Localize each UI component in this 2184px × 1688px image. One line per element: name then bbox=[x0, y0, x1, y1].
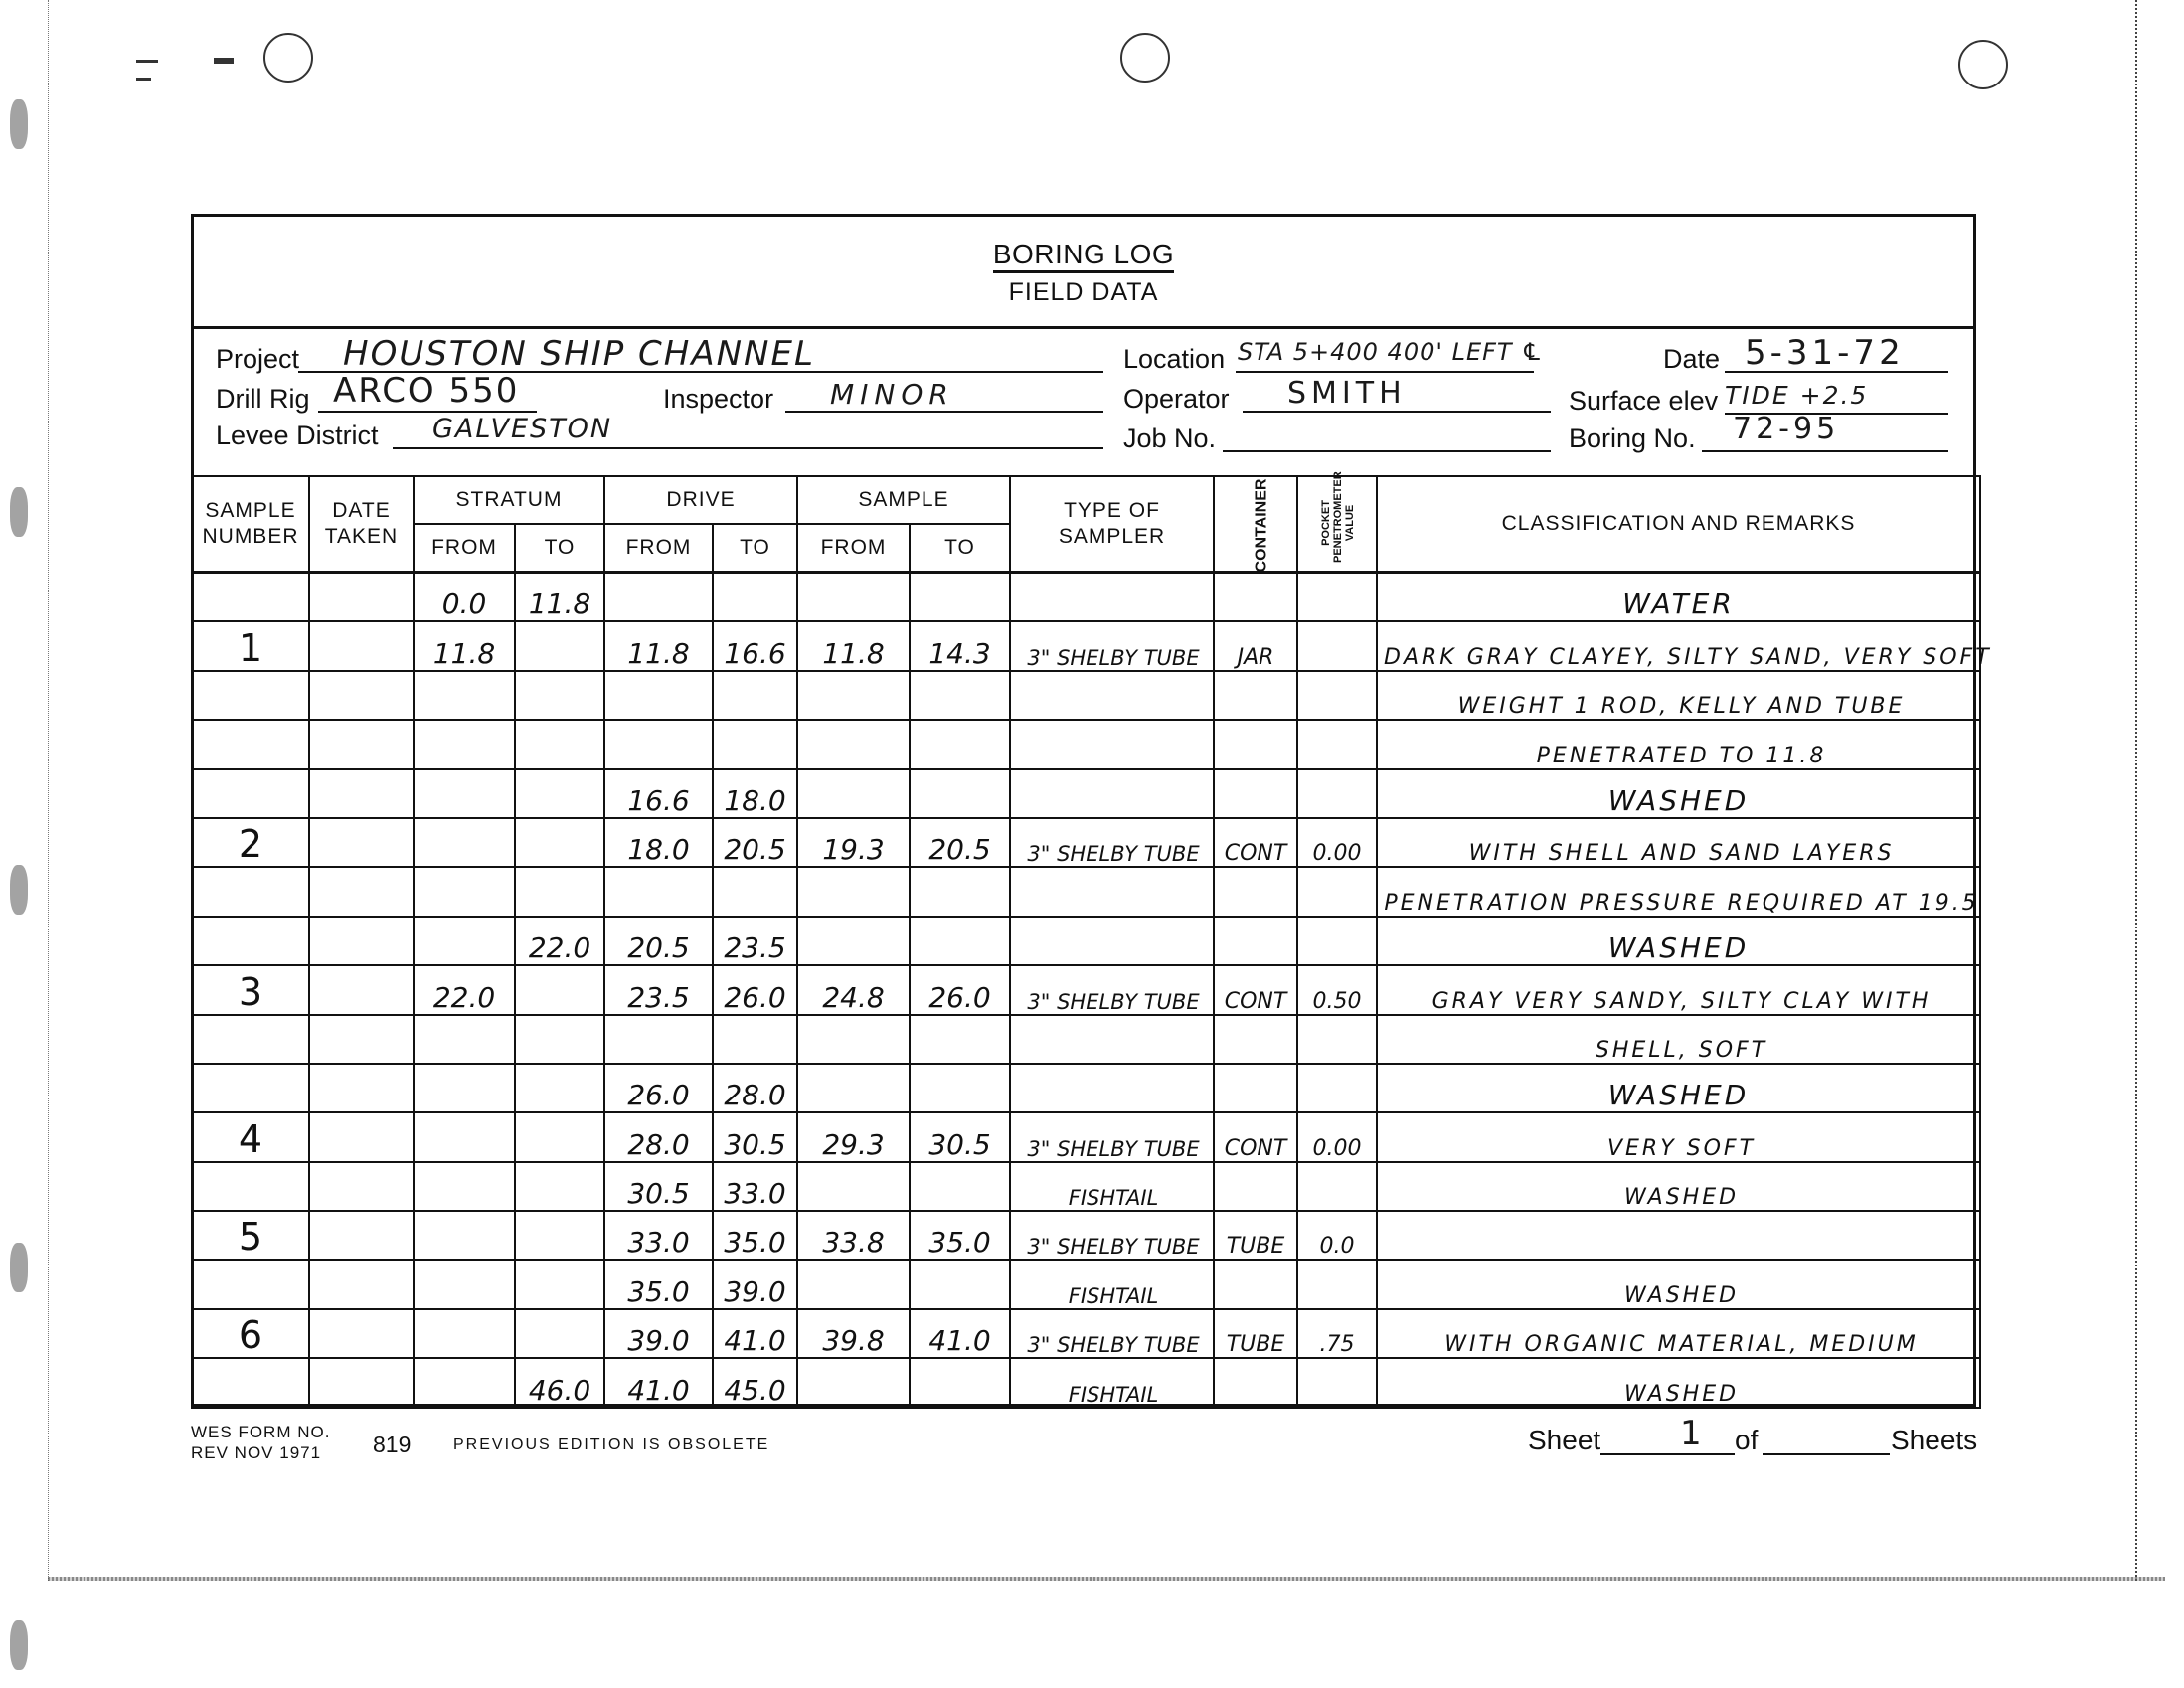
drive-to-cell[interactable]: 23.5 bbox=[713, 917, 797, 965]
project-label: Project bbox=[216, 344, 299, 375]
date-label: Date bbox=[1663, 344, 1720, 375]
drive-to-cell[interactable] bbox=[713, 720, 797, 768]
table-row: 533.035.033.835.03" SHELBY TUBETUBE0.0 bbox=[192, 1211, 1980, 1260]
drive-to-cell[interactable]: 41.0 bbox=[713, 1309, 797, 1358]
drive-from-cell[interactable]: 41.0 bbox=[604, 1358, 713, 1407]
sample-number-cell[interactable] bbox=[192, 573, 309, 622]
stratum-from-cell[interactable] bbox=[414, 769, 515, 818]
date-taken-cell[interactable] bbox=[309, 1358, 414, 1407]
sample-number-cell[interactable]: 3 bbox=[192, 965, 309, 1014]
page-edge-left bbox=[48, 0, 49, 1581]
container-cell[interactable]: TUBE bbox=[1214, 1211, 1297, 1260]
drive-from-cell[interactable]: 30.5 bbox=[604, 1162, 713, 1211]
penetrometer-value-cell[interactable] bbox=[1297, 720, 1377, 768]
sample-to-cell[interactable] bbox=[910, 1358, 1010, 1407]
stratum-from-cell[interactable] bbox=[414, 917, 515, 965]
col-container: CONTAINER bbox=[1214, 476, 1297, 573]
container-cell[interactable] bbox=[1214, 671, 1297, 720]
sample-number-cell[interactable] bbox=[192, 1162, 309, 1211]
location-field[interactable]: STA 5+400 400' LEFT ℄ bbox=[1238, 338, 1544, 366]
date-taken-cell[interactable] bbox=[309, 1015, 414, 1064]
drive-to-cell[interactable]: 30.5 bbox=[713, 1112, 797, 1161]
scan-smudge bbox=[10, 865, 28, 915]
col-drive: DRIVE bbox=[604, 476, 797, 524]
drive-from-cell[interactable]: 39.0 bbox=[604, 1309, 713, 1358]
sample-to-cell[interactable] bbox=[910, 720, 1010, 768]
sample-to-cell[interactable] bbox=[910, 1162, 1010, 1211]
penetrometer-value-cell[interactable] bbox=[1297, 1015, 1377, 1064]
sample-from-cell[interactable]: 33.8 bbox=[797, 1211, 910, 1260]
job-no-label: Job No. bbox=[1123, 423, 1216, 454]
sample-to-cell[interactable] bbox=[910, 573, 1010, 622]
sample-from-cell[interactable] bbox=[797, 1260, 910, 1308]
penetrometer-value-cell[interactable]: 0.50 bbox=[1297, 965, 1377, 1014]
stratum-to-cell[interactable] bbox=[515, 1211, 604, 1260]
date-taken-cell[interactable] bbox=[309, 671, 414, 720]
col-stratum-from: FROM bbox=[414, 524, 515, 573]
date-taken-cell[interactable] bbox=[309, 769, 414, 818]
sheet-label: Sheet bbox=[1528, 1425, 1600, 1456]
remarks-cell[interactable]: WITH ORGANIC MATERIAL, MEDIUM bbox=[1377, 1309, 1980, 1358]
container-cell[interactable]: JAR bbox=[1214, 621, 1297, 670]
sample-number-cell[interactable]: 2 bbox=[192, 818, 309, 867]
drive-from-cell[interactable] bbox=[604, 671, 713, 720]
container-cell[interactable] bbox=[1214, 1260, 1297, 1308]
penetrometer-value-cell[interactable] bbox=[1297, 1260, 1377, 1308]
table-row: 46.041.045.0FISHTAILWASHED bbox=[192, 1358, 1980, 1407]
stratum-from-cell[interactable] bbox=[414, 1162, 515, 1211]
stratum-from-cell[interactable] bbox=[414, 1358, 515, 1407]
container-cell[interactable]: TUBE bbox=[1214, 1309, 1297, 1358]
stratum-from-cell[interactable]: 0.0 bbox=[414, 573, 515, 622]
of-label: of bbox=[1735, 1425, 1758, 1456]
stratum-to-cell[interactable] bbox=[515, 1064, 604, 1112]
remarks-cell[interactable]: WASHED bbox=[1377, 1162, 1980, 1211]
sampler-type-cell[interactable]: FISHTAIL bbox=[1010, 1358, 1214, 1407]
stratum-from-cell[interactable]: 22.0 bbox=[414, 965, 515, 1014]
sample-number-cell[interactable] bbox=[192, 720, 309, 768]
container-cell[interactable] bbox=[1214, 769, 1297, 818]
drive-to-cell[interactable]: 33.0 bbox=[713, 1162, 797, 1211]
sample-number-cell[interactable] bbox=[192, 867, 309, 916]
stratum-from-cell[interactable] bbox=[414, 1015, 515, 1064]
table-row: 16.618.0WASHED bbox=[192, 769, 1980, 818]
drive-from-cell[interactable]: 18.0 bbox=[604, 818, 713, 867]
penetrometer-value-cell[interactable] bbox=[1297, 1162, 1377, 1211]
boring-no-line bbox=[1702, 450, 1948, 452]
stratum-from-cell[interactable] bbox=[414, 1309, 515, 1358]
stratum-to-cell[interactable] bbox=[515, 965, 604, 1014]
sampler-type-cell[interactable]: FISHTAIL bbox=[1010, 1162, 1214, 1211]
remarks-cell[interactable]: WEIGHT 1 ROD, KELLY AND TUBE bbox=[1377, 671, 1980, 720]
container-cell[interactable] bbox=[1214, 917, 1297, 965]
sample-number-cell[interactable] bbox=[192, 1358, 309, 1407]
sample-number-cell[interactable]: 5 bbox=[192, 1211, 309, 1260]
drive-to-cell[interactable] bbox=[713, 867, 797, 916]
sample-number-cell[interactable]: 4 bbox=[192, 1112, 309, 1161]
operator-field[interactable]: SMITH bbox=[1287, 376, 1407, 411]
sample-to-cell[interactable]: 20.5 bbox=[910, 818, 1010, 867]
drive-from-cell[interactable] bbox=[604, 1015, 713, 1064]
obsolete-note: PREVIOUS EDITION IS OBSOLETE bbox=[453, 1436, 769, 1454]
table-body: 0.011.8WATER111.811.816.611.814.33" SHEL… bbox=[192, 573, 1980, 1408]
scan-speck bbox=[136, 60, 158, 63]
sample-from-cell[interactable] bbox=[797, 1064, 910, 1112]
sample-to-cell[interactable] bbox=[910, 671, 1010, 720]
penetrometer-value-cell[interactable]: 0.00 bbox=[1297, 818, 1377, 867]
form-title: BORING LOG bbox=[194, 239, 1973, 270]
sample-to-cell[interactable] bbox=[910, 1015, 1010, 1064]
sample-to-cell[interactable]: 26.0 bbox=[910, 965, 1010, 1014]
remarks-cell[interactable]: WASHED bbox=[1377, 1064, 1980, 1112]
inspector-field[interactable]: MINOR bbox=[830, 378, 954, 411]
scan-speck bbox=[136, 78, 151, 81]
stratum-from-cell[interactable] bbox=[414, 720, 515, 768]
sampler-type-cell[interactable]: 3" SHELBY TUBE bbox=[1010, 818, 1214, 867]
drive-to-cell[interactable]: 28.0 bbox=[713, 1064, 797, 1112]
stratum-to-cell[interactable]: 46.0 bbox=[515, 1358, 604, 1407]
drive-from-cell[interactable]: 11.8 bbox=[604, 621, 713, 670]
penetrometer-value-cell[interactable] bbox=[1297, 769, 1377, 818]
inspector-line bbox=[785, 411, 1103, 413]
date-taken-cell[interactable] bbox=[309, 1211, 414, 1260]
sampler-type-cell[interactable]: 3" SHELBY TUBE bbox=[1010, 1211, 1214, 1260]
penetrometer-value-cell[interactable]: 0.0 bbox=[1297, 1211, 1377, 1260]
inspector-label: Inspector bbox=[663, 384, 773, 415]
sample-number-cell[interactable] bbox=[192, 1260, 309, 1308]
date-taken-cell[interactable] bbox=[309, 917, 414, 965]
sampler-type-cell[interactable]: 3" SHELBY TUBE bbox=[1010, 965, 1214, 1014]
punch-hole-icon bbox=[1120, 33, 1170, 83]
stratum-to-cell[interactable] bbox=[515, 867, 604, 916]
remarks-cell[interactable]: WASHED bbox=[1377, 1260, 1980, 1308]
table-row: PENETRATED TO 11.8 bbox=[192, 720, 1980, 768]
penetrometer-value-cell[interactable]: .75 bbox=[1297, 1309, 1377, 1358]
remarks-cell[interactable]: VERY SOFT bbox=[1377, 1112, 1980, 1161]
sample-number-cell[interactable] bbox=[192, 917, 309, 965]
col-classification: CLASSIFICATION AND REMARKS bbox=[1377, 476, 1980, 573]
form-subtitle: FIELD DATA bbox=[194, 278, 1973, 307]
drive-from-cell[interactable]: 28.0 bbox=[604, 1112, 713, 1161]
drive-to-cell[interactable]: 20.5 bbox=[713, 818, 797, 867]
sample-to-cell[interactable]: 14.3 bbox=[910, 621, 1010, 670]
table-row: SHELL, SOFT bbox=[192, 1015, 1980, 1064]
sample-number-cell[interactable] bbox=[192, 671, 309, 720]
drive-from-cell[interactable]: 35.0 bbox=[604, 1260, 713, 1308]
table-row: 322.023.526.024.826.03" SHELBY TUBECONT0… bbox=[192, 965, 1980, 1014]
date-taken-cell[interactable] bbox=[309, 1309, 414, 1358]
sample-to-cell[interactable] bbox=[910, 1064, 1010, 1112]
scan-smudge bbox=[10, 99, 28, 149]
stratum-to-cell[interactable] bbox=[515, 671, 604, 720]
form-number-block: WES FORM NO. REV NOV 1971 bbox=[191, 1422, 330, 1463]
sampler-type-cell[interactable]: 3" SHELBY TUBE bbox=[1010, 621, 1214, 670]
sampler-type-cell[interactable] bbox=[1010, 917, 1214, 965]
sample-from-cell[interactable] bbox=[797, 917, 910, 965]
sample-from-cell[interactable]: 24.8 bbox=[797, 965, 910, 1014]
stratum-to-cell[interactable]: 11.8 bbox=[515, 573, 604, 622]
container-header: CONTAINER bbox=[1254, 479, 1268, 573]
stratum-from-cell[interactable] bbox=[414, 671, 515, 720]
sample-from-cell[interactable] bbox=[797, 867, 910, 916]
surface-elev-label: Surface elev bbox=[1569, 386, 1718, 417]
drive-to-cell[interactable]: 16.6 bbox=[713, 621, 797, 670]
container-cell[interactable] bbox=[1214, 573, 1297, 622]
sample-from-cell[interactable] bbox=[797, 720, 910, 768]
sample-number-cell[interactable] bbox=[192, 1064, 309, 1112]
table-row: 0.011.8WATER bbox=[192, 573, 1980, 622]
penetrometer-value-cell[interactable] bbox=[1297, 1358, 1377, 1407]
operator-line bbox=[1243, 411, 1551, 413]
table-row: 218.020.519.320.53" SHELBY TUBECONT0.00W… bbox=[192, 818, 1980, 867]
surface-elev-field[interactable]: TIDE +2.5 bbox=[1725, 381, 1868, 410]
stratum-to-cell[interactable] bbox=[515, 1162, 604, 1211]
sheet-line bbox=[1600, 1453, 1735, 1455]
levee-district-line bbox=[393, 447, 1103, 449]
table-row: 639.041.039.841.03" SHELBY TUBETUBE.75WI… bbox=[192, 1309, 1980, 1358]
form-number: 819 bbox=[373, 1432, 411, 1458]
sampler-type-cell[interactable] bbox=[1010, 867, 1214, 916]
scan-smudge bbox=[10, 487, 28, 537]
table-header-row: SAMPLE NUMBER DATE TAKEN STRATUM DRIVE S… bbox=[192, 476, 1980, 524]
sample-number-cell[interactable]: 6 bbox=[192, 1309, 309, 1358]
drive-to-cell[interactable]: 45.0 bbox=[713, 1358, 797, 1407]
table-row: WEIGHT 1 ROD, KELLY AND TUBE bbox=[192, 671, 1980, 720]
col-type-of-sampler: TYPE OF SAMPLER bbox=[1010, 476, 1214, 573]
stratum-to-cell[interactable] bbox=[515, 621, 604, 670]
sampler-type-cell[interactable] bbox=[1010, 1015, 1214, 1064]
remarks-cell[interactable]: GRAY VERY SANDY, SILTY CLAY WITH bbox=[1377, 965, 1980, 1014]
sample-to-cell[interactable]: 30.5 bbox=[910, 1112, 1010, 1161]
table-row: 111.811.816.611.814.33" SHELBY TUBEJARDA… bbox=[192, 621, 1980, 670]
punch-hole-icon bbox=[263, 33, 313, 83]
drive-to-cell[interactable]: 26.0 bbox=[713, 965, 797, 1014]
sample-number-cell[interactable] bbox=[192, 769, 309, 818]
sample-from-cell[interactable]: 19.3 bbox=[797, 818, 910, 867]
container-cell[interactable] bbox=[1214, 1162, 1297, 1211]
location-label: Location bbox=[1123, 344, 1225, 375]
sampler-type-cell[interactable]: FISHTAIL bbox=[1010, 1260, 1214, 1308]
penetrometer-value-cell[interactable] bbox=[1297, 1064, 1377, 1112]
date-taken-cell[interactable] bbox=[309, 1064, 414, 1112]
remarks-cell[interactable]: WITH SHELL AND SAND LAYERS bbox=[1377, 818, 1980, 867]
remarks-cell[interactable]: DARK GRAY CLAYEY, SILTY SAND, VERY SOFT bbox=[1377, 621, 1980, 670]
container-cell[interactable] bbox=[1214, 720, 1297, 768]
sample-number-cell[interactable]: 1 bbox=[192, 621, 309, 670]
col-sample: SAMPLE bbox=[797, 476, 1010, 524]
pocket-penetrometer-header: POCKET PENETROMETER VALUE bbox=[1320, 483, 1356, 563]
drive-from-cell[interactable] bbox=[604, 720, 713, 768]
sample-to-cell[interactable] bbox=[910, 917, 1010, 965]
date-taken-cell[interactable] bbox=[309, 621, 414, 670]
stratum-from-cell[interactable] bbox=[414, 1112, 515, 1161]
col-sample-from: FROM bbox=[797, 524, 910, 573]
sample-to-cell[interactable]: 41.0 bbox=[910, 1309, 1010, 1358]
container-cell[interactable]: CONT bbox=[1214, 965, 1297, 1014]
stratum-from-cell[interactable] bbox=[414, 818, 515, 867]
sample-from-cell[interactable] bbox=[797, 1162, 910, 1211]
stratum-from-cell[interactable] bbox=[414, 867, 515, 916]
sample-to-cell[interactable]: 35.0 bbox=[910, 1211, 1010, 1260]
boring-log-form: BORING LOG FIELD DATA Project HOUSTON SH… bbox=[191, 214, 1976, 1407]
table-row: PENETRATION PRESSURE REQUIRED AT 19.5 bbox=[192, 867, 1980, 916]
sample-from-cell[interactable] bbox=[797, 573, 910, 622]
drive-from-cell[interactable]: 16.6 bbox=[604, 769, 713, 818]
col-drive-from: FROM bbox=[604, 524, 713, 573]
sampler-type-cell[interactable] bbox=[1010, 573, 1214, 622]
sampler-type-cell[interactable] bbox=[1010, 769, 1214, 818]
drive-from-cell[interactable]: 33.0 bbox=[604, 1211, 713, 1260]
remarks-cell[interactable]: SHELL, SOFT bbox=[1377, 1015, 1980, 1064]
date-taken-cell[interactable] bbox=[309, 573, 414, 622]
sample-from-cell[interactable] bbox=[797, 1015, 910, 1064]
stratum-to-cell[interactable] bbox=[515, 720, 604, 768]
remarks-cell[interactable]: PENETRATION PRESSURE REQUIRED AT 19.5 bbox=[1377, 867, 1980, 916]
of-line bbox=[1763, 1453, 1890, 1455]
container-cell[interactable] bbox=[1214, 1015, 1297, 1064]
scan-smudge bbox=[10, 1243, 28, 1292]
remarks-cell[interactable]: WASHED bbox=[1377, 769, 1980, 818]
stratum-to-cell[interactable] bbox=[515, 1309, 604, 1358]
drill-rig-line bbox=[318, 411, 537, 413]
boring-no-field[interactable]: 72-95 bbox=[1733, 412, 1839, 446]
penetrometer-value-cell[interactable] bbox=[1297, 867, 1377, 916]
table-row: 35.039.0FISHTAILWASHED bbox=[192, 1260, 1980, 1308]
stratum-to-cell[interactable] bbox=[515, 818, 604, 867]
levee-district-field[interactable]: GALVESTON bbox=[432, 414, 612, 444]
scan-smudge bbox=[10, 1620, 28, 1670]
sample-to-cell[interactable] bbox=[910, 769, 1010, 818]
drive-to-cell[interactable]: 18.0 bbox=[713, 769, 797, 818]
date-taken-cell[interactable] bbox=[309, 965, 414, 1014]
penetrometer-value-cell[interactable]: 0.00 bbox=[1297, 1112, 1377, 1161]
sampler-type-cell[interactable] bbox=[1010, 1064, 1214, 1112]
table-row: 30.533.0FISHTAILWASHED bbox=[192, 1162, 1980, 1211]
drill-rig-label: Drill Rig bbox=[216, 384, 310, 415]
table-row: 26.028.0WASHED bbox=[192, 1064, 1980, 1112]
table-row: 428.030.529.330.53" SHELBY TUBECONT0.00V… bbox=[192, 1112, 1980, 1161]
boring-log-table: SAMPLE NUMBER DATE TAKEN STRATUM DRIVE S… bbox=[191, 475, 1981, 1409]
stratum-to-cell[interactable] bbox=[515, 769, 604, 818]
col-sample-to: TO bbox=[910, 524, 1010, 573]
sample-from-cell[interactable]: 29.3 bbox=[797, 1112, 910, 1161]
drive-to-cell[interactable] bbox=[713, 1015, 797, 1064]
date-taken-cell[interactable] bbox=[309, 720, 414, 768]
col-sample-number: SAMPLE NUMBER bbox=[192, 476, 309, 573]
sampler-type-cell[interactable]: 3" SHELBY TUBE bbox=[1010, 1309, 1214, 1358]
job-no-line bbox=[1223, 450, 1551, 452]
container-cell[interactable] bbox=[1214, 1064, 1297, 1112]
penetrometer-value-cell[interactable] bbox=[1297, 621, 1377, 670]
drive-to-cell[interactable] bbox=[713, 573, 797, 622]
form-no-label: WES FORM NO. bbox=[191, 1422, 330, 1442]
table-row: 22.020.523.5WASHED bbox=[192, 917, 1980, 965]
container-cell[interactable]: CONT bbox=[1214, 818, 1297, 867]
date-taken-cell[interactable] bbox=[309, 867, 414, 916]
sample-from-cell[interactable] bbox=[797, 1358, 910, 1407]
col-date-taken: DATE TAKEN bbox=[309, 476, 414, 573]
location-line bbox=[1236, 371, 1534, 373]
sample-number-cell[interactable] bbox=[192, 1015, 309, 1064]
container-cell[interactable] bbox=[1214, 867, 1297, 916]
drive-from-cell[interactable] bbox=[604, 867, 713, 916]
remarks-cell[interactable]: WATER bbox=[1377, 573, 1980, 622]
drive-to-cell[interactable] bbox=[713, 671, 797, 720]
penetrometer-value-cell[interactable] bbox=[1297, 671, 1377, 720]
date-taken-cell[interactable] bbox=[309, 1162, 414, 1211]
stratum-from-cell[interactable] bbox=[414, 1260, 515, 1308]
sample-to-cell[interactable] bbox=[910, 867, 1010, 916]
sampler-type-cell[interactable] bbox=[1010, 720, 1214, 768]
drill-rig-field[interactable]: ARCO 550 bbox=[333, 371, 519, 411]
page-edge-right bbox=[2135, 0, 2137, 1581]
stratum-to-cell[interactable]: 22.0 bbox=[515, 917, 604, 965]
project-field[interactable]: HOUSTON SHIP CHANNEL bbox=[343, 334, 815, 374]
stratum-to-cell[interactable] bbox=[515, 1112, 604, 1161]
date-taken-cell[interactable] bbox=[309, 818, 414, 867]
drive-to-cell[interactable]: 39.0 bbox=[713, 1260, 797, 1308]
form-revision: REV NOV 1971 bbox=[191, 1442, 330, 1463]
container-cell[interactable]: CONT bbox=[1214, 1112, 1297, 1161]
punch-hole-icon bbox=[1958, 40, 2008, 89]
remarks-cell[interactable]: PENETRATED TO 11.8 bbox=[1377, 720, 1980, 768]
stratum-to-cell[interactable] bbox=[515, 1015, 604, 1064]
stratum-to-cell[interactable] bbox=[515, 1260, 604, 1308]
sheets-label: Sheets bbox=[1891, 1425, 1977, 1456]
sampler-type-cell[interactable]: 3" SHELBY TUBE bbox=[1010, 1112, 1214, 1161]
col-pocket-penetrometer: POCKET PENETROMETER VALUE bbox=[1297, 476, 1377, 573]
container-cell[interactable] bbox=[1214, 1358, 1297, 1407]
title-block: BORING LOG FIELD DATA bbox=[194, 217, 1973, 329]
sampler-type-cell[interactable] bbox=[1010, 671, 1214, 720]
remarks-cell[interactable]: WASHED bbox=[1377, 917, 1980, 965]
page-edge-bottom bbox=[48, 1577, 2165, 1581]
drive-from-cell[interactable]: 26.0 bbox=[604, 1064, 713, 1112]
stratum-from-cell[interactable]: 11.8 bbox=[414, 621, 515, 670]
sample-from-cell[interactable]: 11.8 bbox=[797, 621, 910, 670]
remarks-cell[interactable] bbox=[1377, 1211, 1980, 1260]
stratum-from-cell[interactable] bbox=[414, 1211, 515, 1260]
sample-from-cell[interactable] bbox=[797, 671, 910, 720]
operator-label: Operator bbox=[1123, 384, 1230, 415]
levee-district-label: Levee District bbox=[216, 421, 379, 451]
drive-to-cell[interactable]: 35.0 bbox=[713, 1211, 797, 1260]
sheet-number-field[interactable]: 1 bbox=[1680, 1414, 1704, 1453]
col-drive-to: TO bbox=[713, 524, 797, 573]
drive-from-cell[interactable]: 20.5 bbox=[604, 917, 713, 965]
date-taken-cell[interactable] bbox=[309, 1260, 414, 1308]
date-taken-cell[interactable] bbox=[309, 1112, 414, 1161]
drive-from-cell[interactable] bbox=[604, 573, 713, 622]
sample-from-cell[interactable]: 39.8 bbox=[797, 1309, 910, 1358]
penetrometer-value-cell[interactable] bbox=[1297, 573, 1377, 622]
penetrometer-value-cell[interactable] bbox=[1297, 917, 1377, 965]
sample-to-cell[interactable] bbox=[910, 1260, 1010, 1308]
stratum-from-cell[interactable] bbox=[414, 1064, 515, 1112]
boring-no-label: Boring No. bbox=[1569, 423, 1696, 454]
remarks-cell[interactable]: WASHED bbox=[1377, 1358, 1980, 1407]
col-stratum-to: TO bbox=[515, 524, 604, 573]
sample-from-cell[interactable] bbox=[797, 769, 910, 818]
col-stratum: STRATUM bbox=[414, 476, 604, 524]
drive-from-cell[interactable]: 23.5 bbox=[604, 965, 713, 1014]
date-field[interactable]: 5-31-72 bbox=[1745, 333, 1905, 373]
scan-speck bbox=[214, 58, 234, 64]
